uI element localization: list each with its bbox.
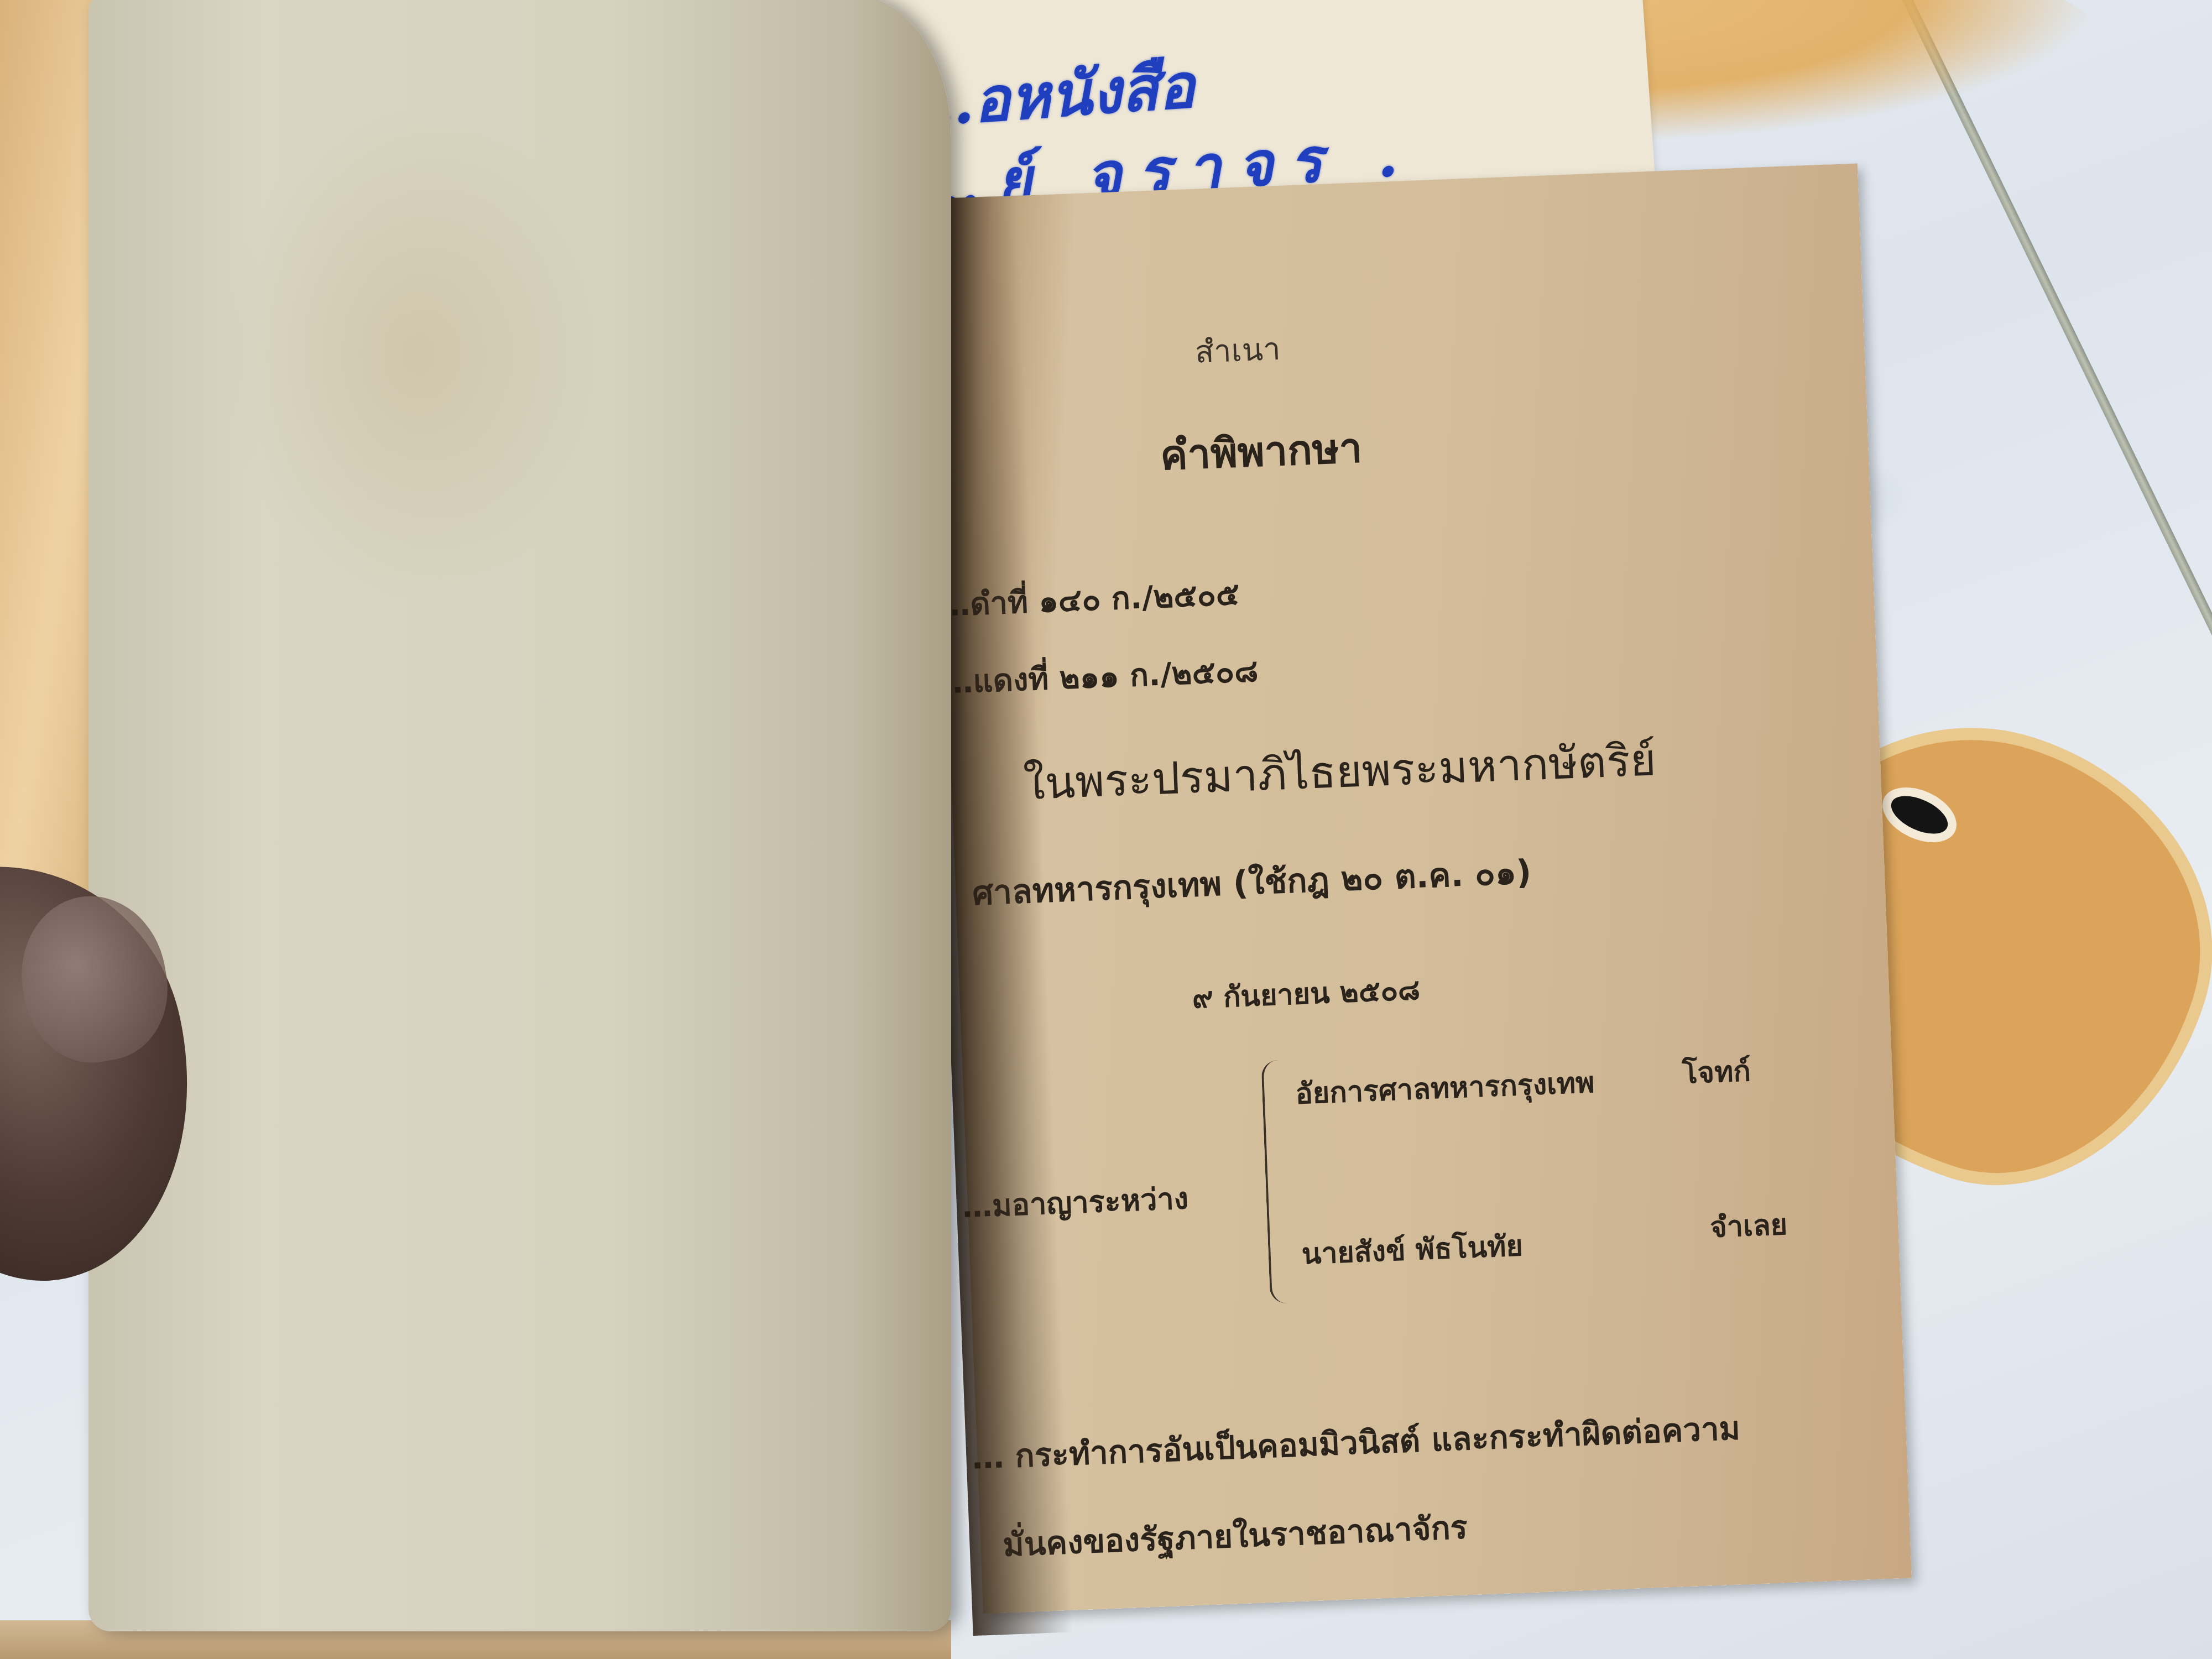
royal-heading: ในพระปรมาภิไธยพระมหากษัตริย์ [1022,724,1657,819]
verdict-date: ๙ กันยายน ๒๕๐๘ [1191,966,1421,1021]
court-name: ศาลทหารกรุงเทพ (ใช้กฎ ๒๐ ต.ค. ๐๑) [971,846,1532,920]
defendant-name: นายสังข์ พัธโนทัย [1301,1222,1524,1276]
verdict-document: สำเนา คำพิพากษา …ดำที่ ๑๔๐ ก./๒๕๐๕ …แดงท… [929,164,1912,1614]
plaintiff-role: โจทก์ [1681,1047,1751,1096]
right-page: สำเนา คำพิพากษา …ดำที่ ๑๔๐ ก./๒๕๐๕ …แดงท… [929,164,1912,1614]
brace-icon [1261,1060,1289,1304]
document-title: คำพิพากษา [1159,415,1364,488]
left-page-blank[interactable] [88,0,951,1631]
charge-line-2: มั่นคงของรัฐภายในราชอาณาจักร [1002,1501,1469,1570]
plaintiff-name: อัยการศาลทหารกรุงเทพ [1295,1059,1595,1117]
paper-stain [221,105,608,603]
defendant-role: จำเลย [1709,1201,1788,1250]
copy-label: สำเนา [1194,324,1281,377]
charge-line-1: … กระทำการอันเป็นคอมมิวนิสต์ และกระทำผิด… [971,1402,1741,1483]
